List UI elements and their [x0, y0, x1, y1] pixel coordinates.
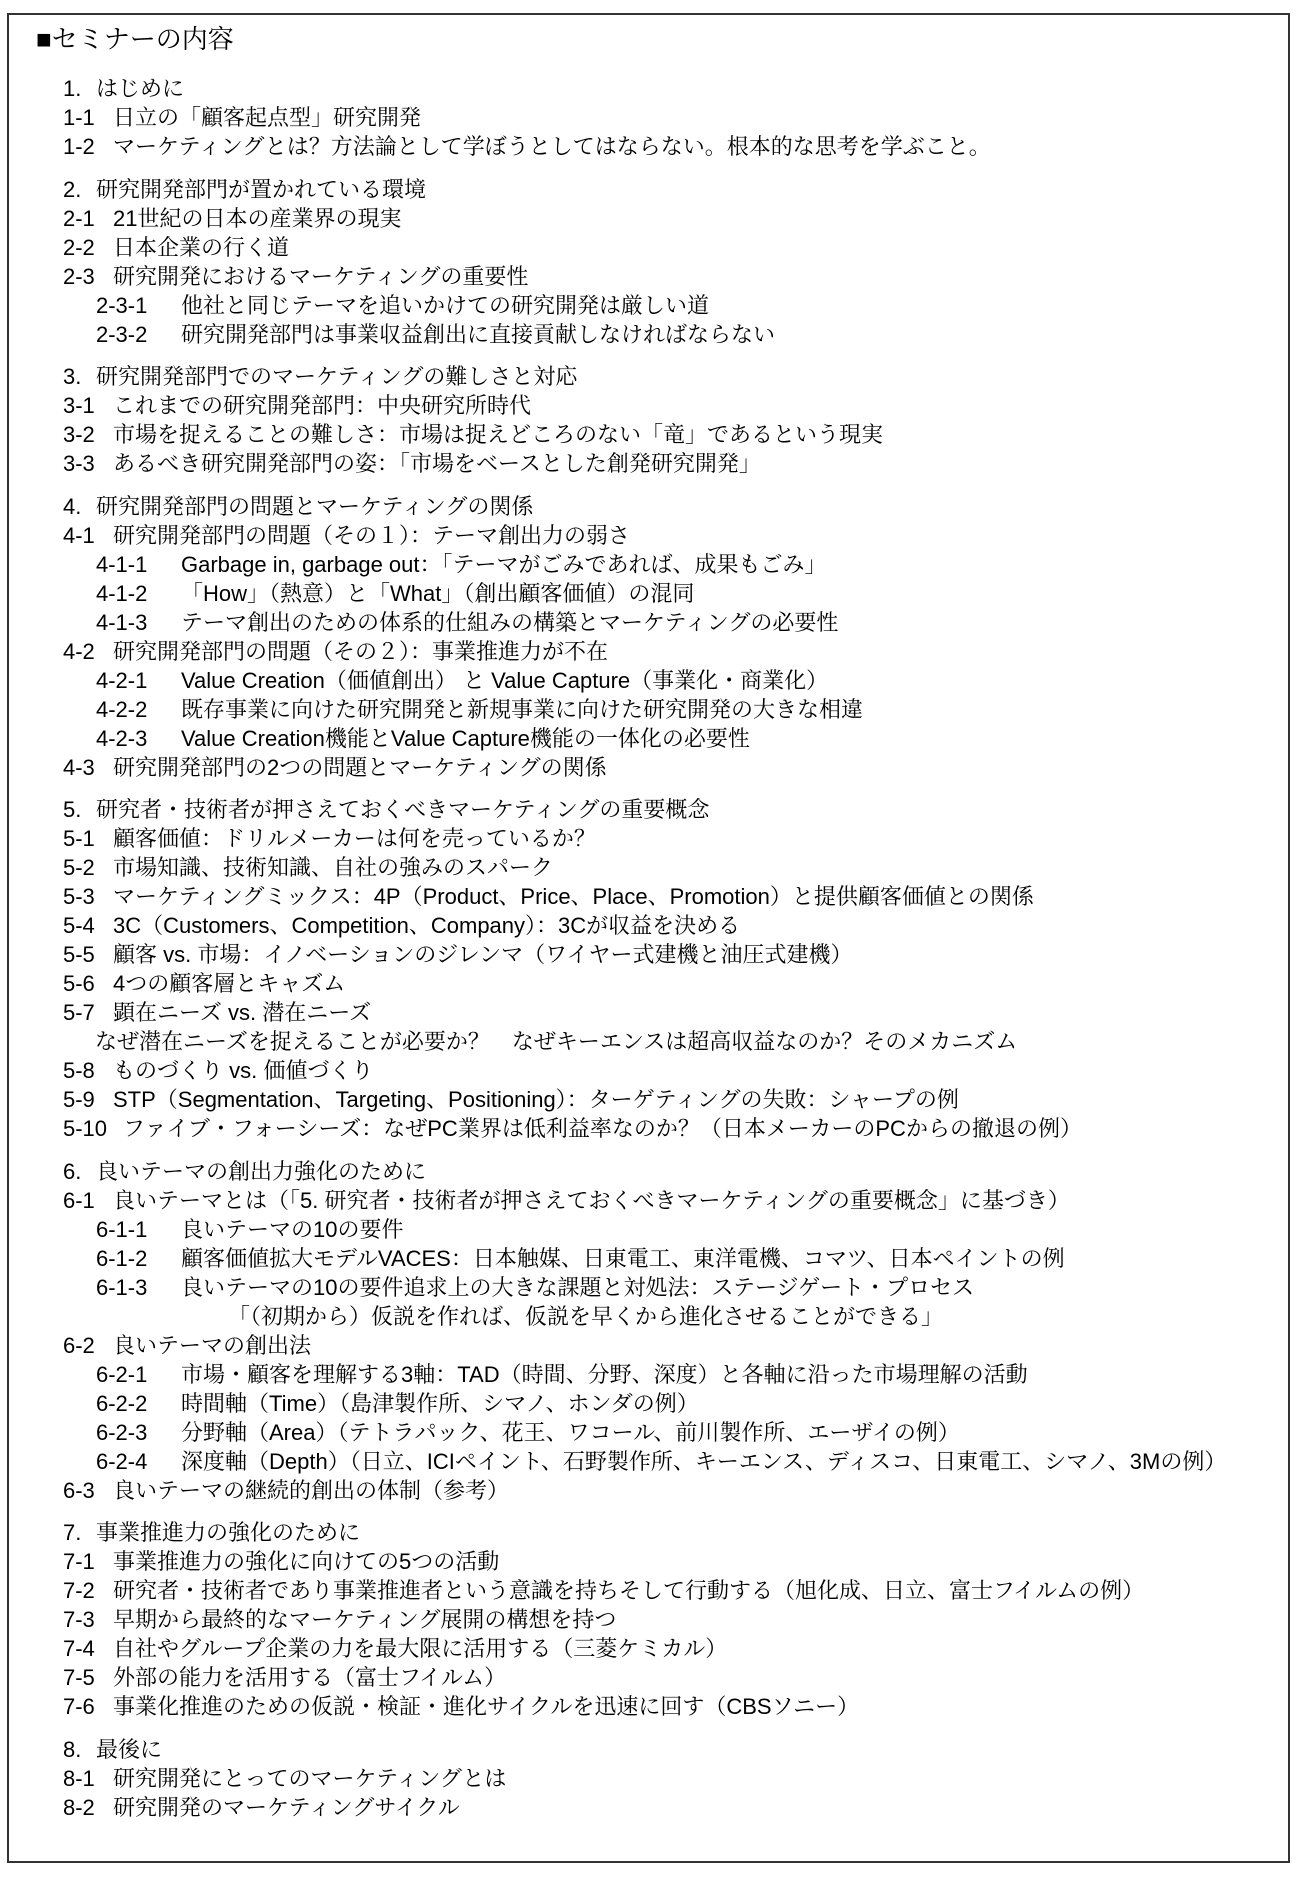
seminar-outline: 1.はじめに 1-1日立の「顧客起点型」研究開発 1-2マーケティングとは？方法… [0, 74, 1300, 1822]
item-text: 日本企業の行く道 [113, 233, 289, 262]
section-number: 2. [63, 175, 81, 204]
outline-subitem: 4-1-3テーマ創出のための体系的仕組みの構築とマーケティングの必要性 [0, 608, 1300, 637]
section-number: 7. [63, 1518, 81, 1547]
item-number: 5-1 [63, 824, 95, 853]
item-number: 5-6 [63, 969, 95, 998]
item-text: 良いテーマの創出法 [113, 1331, 311, 1360]
subitem-number: 6-2-2 [96, 1389, 147, 1418]
section-number: 4. [63, 492, 81, 521]
section-heading: 3.研究開発部門でのマーケティングの難しさと対応 [0, 362, 1300, 391]
section-heading: 5.研究者・技術者が押さえておくべきマーケティングの重要概念 [0, 795, 1300, 824]
outline-subitem: 6-1-1良いテーマの10の要件 [0, 1215, 1300, 1244]
section-heading: 2.研究開発部門が置かれている環境 [0, 175, 1300, 204]
item-number: 1-1 [63, 103, 95, 132]
outline-item: 5-64つの顧客層とキャズム [0, 969, 1300, 998]
outline-subitem: 6-2-4深度軸（Depth）（日立、ICIペイント、石野製作所、キーエンス、デ… [0, 1447, 1300, 1476]
outline-item: 6-3良いテーマの継続的創出の体制（参考） [0, 1476, 1300, 1505]
item-number: 3-2 [63, 420, 95, 449]
outline-item: 5-5顧客 vs. 市場：イノベーションのジレンマ（ワイヤー式建機と油圧式建機） [0, 940, 1300, 969]
outline-item: 7-2研究者・技術者であり事業推進者という意識を持ちそして行動する（旭化成、日立… [0, 1576, 1300, 1605]
subitem-number: 4-2-3 [96, 724, 147, 753]
item-number: 7-3 [63, 1605, 95, 1634]
item-number: 8-1 [63, 1764, 95, 1793]
item-number: 2-2 [63, 233, 95, 262]
outline-item: 3-1これまでの研究開発部門：中央研究所時代 [0, 391, 1300, 420]
section-title: はじめに [96, 74, 184, 103]
outline-subitem: 4-1-2「How」（熱意）と「What」（創出顧客価値）の混同 [0, 579, 1300, 608]
outline-item: 5-1顧客価値：ドリルメーカーは何を売っているか？ [0, 824, 1300, 853]
section-title: 研究開発部門の問題とマーケティングの関係 [96, 492, 533, 521]
subitem-text: 顧客価値拡大モデルVACES：日本触媒、日東電工、東洋電機、コマツ、日本ペイント… [181, 1244, 1065, 1273]
outline-item: 2-121世紀の日本の産業界の現実 [0, 204, 1300, 233]
outline-item: 6-1良いテーマとは（「5. 研究者・技術者が押さえておくべきマーケティングの重… [0, 1186, 1300, 1215]
subitem-number: 6-1-3 [96, 1273, 147, 1302]
subitem-text: 良いテーマの10の要件 [181, 1215, 403, 1244]
item-text: 良いテーマの継続的創出の体制（参考） [113, 1476, 509, 1505]
item-text: 4つの顧客層とキャズム [113, 969, 345, 998]
item-text: 研究開発部門の問題（その１）：テーマ創出力の弱さ [113, 521, 630, 550]
item-number: 5-10 [63, 1114, 107, 1143]
subitem-text: 「How」（熱意）と「What」（創出顧客価値）の混同 [181, 579, 694, 608]
item-text: 市場を捉えることの難しさ：市場は捉えどころのない「竜」であるという現実 [113, 420, 883, 449]
item-text: 事業推進力の強化に向けての5つの活動 [113, 1547, 499, 1576]
page-title: ■セミナーの内容 [36, 25, 234, 53]
outline-item: 7-4自社やグループ企業の力を最大限に活用する（三菱ケミカル） [0, 1634, 1300, 1663]
subitem-text: Garbage in, garbage out：「テーマがごみであれば、成果もご… [181, 550, 827, 579]
outline-item: 7-5外部の能力を活用する（富士フイルム） [0, 1663, 1300, 1692]
subitem-text: 研究開発部門は事業収益創出に直接貢献しなければならない [181, 320, 775, 349]
outline-subitem: 4-2-3Value Creation機能とValue Capture機能の一体… [0, 724, 1300, 753]
section-1: 1.はじめに 1-1日立の「顧客起点型」研究開発 1-2マーケティングとは？方法… [0, 74, 1300, 161]
continuation-text: 「（初期から）仮説を作れば、仮説を早くから進化させることができる」 [228, 1302, 943, 1331]
outline-item: 6-2良いテーマの創出法 [0, 1331, 1300, 1360]
section-heading: 6.良いテーマの創出力強化のために [0, 1157, 1300, 1186]
item-text: 外部の能力を活用する（富士フイルム） [113, 1663, 506, 1692]
outline-item: 7-3早期から最終的なマーケティング展開の構想を持つ [0, 1605, 1300, 1634]
item-continuation: なぜ潜在ニーズを捉えることが必要か？ なぜキーエンスは超高収益なのか？そのメカニ… [0, 1027, 1300, 1056]
item-number: 7-5 [63, 1663, 95, 1692]
subitem-number: 2-3-2 [96, 320, 147, 349]
section-number: 6. [63, 1157, 81, 1186]
outline-item: 3-2市場を捉えることの難しさ：市場は捉えどころのない「竜」であるという現実 [0, 420, 1300, 449]
section-heading: 1.はじめに [0, 74, 1300, 103]
outline-item: 1-2マーケティングとは？方法論として学ぼうとしてはならない。根本的な思考を学ぶ… [0, 132, 1300, 161]
item-text: 21世紀の日本の産業界の現実 [113, 204, 401, 233]
subitem-number: 4-2-1 [96, 666, 147, 695]
subitem-text: 深度軸（Depth）（日立、ICIペイント、石野製作所、キーエンス、ディスコ、日… [181, 1447, 1226, 1476]
item-text: 日立の「顧客起点型」研究開発 [113, 103, 421, 132]
item-text: マーケティングミックス：4P（Product、Price、Place、Promo… [113, 882, 1034, 911]
item-text: STP（Segmentation、Targeting、Positioning）：… [113, 1085, 959, 1114]
outline-item: 5-2市場知識、技術知識、自社の強みのスパーク [0, 853, 1300, 882]
section-6: 6.良いテーマの創出力強化のために 6-1良いテーマとは（「5. 研究者・技術者… [0, 1157, 1300, 1505]
section-3: 3.研究開発部門でのマーケティングの難しさと対応 3-1これまでの研究開発部門：… [0, 362, 1300, 478]
item-number: 6-1 [63, 1186, 95, 1215]
subitem-number: 4-1-1 [96, 550, 147, 579]
item-text: 研究開発のマーケティングサイクル [113, 1793, 460, 1822]
item-number: 1-2 [63, 132, 95, 161]
section-heading: 8.最後に [0, 1735, 1300, 1764]
outline-item: 8-1研究開発にとってのマーケティングとは [0, 1764, 1300, 1793]
subitem-text: 市場・顧客を理解する3軸：TAD（時間、分野、深度）と各軸に沿った市場理解の活動 [181, 1360, 1028, 1389]
item-text: 顧客 vs. 市場：イノベーションのジレンマ（ワイヤー式建機と油圧式建機） [113, 940, 853, 969]
outline-subitem: 4-1-1Garbage in, garbage out：「テーマがごみであれば… [0, 550, 1300, 579]
item-text: 顕在ニーズ vs. 潜在ニーズ [113, 998, 371, 1027]
item-text: 自社やグループ企業の力を最大限に活用する（三菱ケミカル） [113, 1634, 727, 1663]
section-heading: 7.事業推進力の強化のために [0, 1518, 1300, 1547]
subitem-text: Value Creation（価値創出） と Value Capture（事業化… [181, 666, 828, 695]
section-number: 8. [63, 1735, 81, 1764]
item-number: 8-2 [63, 1793, 95, 1822]
item-text: 研究者・技術者であり事業推進者という意識を持ちそして行動する（旭化成、日立、富士… [113, 1576, 1144, 1605]
section-number: 1. [63, 74, 81, 103]
item-text: 良いテーマとは（「5. 研究者・技術者が押さえておくべきマーケティングの重要概念… [113, 1186, 1070, 1215]
continuation-text: なぜ潜在ニーズを捉えることが必要か？ なぜキーエンスは超高収益なのか？そのメカニ… [95, 1027, 1017, 1056]
subitem-text: 分野軸（Area）（テトラパック、花王、ワコール、前川製作所、エーザイの例） [181, 1418, 960, 1447]
item-text: 早期から最終的なマーケティング展開の構想を持つ [113, 1605, 616, 1634]
outline-subitem: 2-3-2研究開発部門は事業収益創出に直接貢献しなければならない [0, 320, 1300, 349]
item-text: これまでの研究開発部門：中央研究所時代 [113, 391, 531, 420]
outline-item: 5-9STP（Segmentation、Targeting、Positionin… [0, 1085, 1300, 1114]
outline-item: 4-1研究開発部門の問題（その１）：テーマ創出力の弱さ [0, 521, 1300, 550]
item-text: 研究開発におけるマーケティングの重要性 [113, 262, 528, 291]
section-7: 7.事業推進力の強化のために 7-1事業推進力の強化に向けての5つの活動 7-2… [0, 1518, 1300, 1721]
subitem-number: 6-2-4 [96, 1447, 147, 1476]
item-number: 2-3 [63, 262, 95, 291]
item-number: 5-4 [63, 911, 95, 940]
outline-subitem: 6-1-2顧客価値拡大モデルVACES：日本触媒、日東電工、東洋電機、コマツ、日… [0, 1244, 1300, 1273]
outline-subitem: 4-2-1Value Creation（価値創出） と Value Captur… [0, 666, 1300, 695]
subitem-text: テーマ創出のための体系的仕組みの構築とマーケティングの必要性 [181, 608, 838, 637]
section-title: 事業推進力の強化のために [96, 1518, 360, 1547]
outline-item: 7-6事業化推進のための仮説・検証・進化サイクルを迅速に回す（CBSソニー） [0, 1692, 1300, 1721]
item-number: 7-2 [63, 1576, 95, 1605]
outline-subitem: 4-2-2既存事業に向けた研究開発と新規事業に向けた研究開発の大きな相違 [0, 695, 1300, 724]
outline-item: 5-10ファイブ・フォーシーズ：なぜPC業界は低利益率なのか？（日本メーカーのP… [0, 1114, 1300, 1143]
outline-item: 8-2研究開発のマーケティングサイクル [0, 1793, 1300, 1822]
item-text: 3C（Customers、Competition、Company）：3Cが収益を… [113, 911, 740, 940]
subitem-number: 6-2-1 [96, 1360, 147, 1389]
subitem-text: 良いテーマの10の要件追求上の大きな課題と対処法：ステージゲート・プロセス [181, 1273, 974, 1302]
subitem-continuation: 「（初期から）仮説を作れば、仮説を早くから進化させることができる」 [0, 1302, 1300, 1331]
item-number: 4-3 [63, 753, 95, 782]
item-number: 5-2 [63, 853, 95, 882]
section-number: 5. [63, 795, 81, 824]
item-text: 研究開発にとってのマーケティングとは [113, 1764, 506, 1793]
subitem-text: 既存事業に向けた研究開発と新規事業に向けた研究開発の大きな相違 [181, 695, 863, 724]
outline-subitem: 6-2-2時間軸（Time）（島津製作所、シマノ、ホンダの例） [0, 1389, 1300, 1418]
item-number: 6-3 [63, 1476, 95, 1505]
section-title: 研究開発部門が置かれている環境 [96, 175, 426, 204]
item-number: 7-4 [63, 1634, 95, 1663]
item-number: 6-2 [63, 1331, 95, 1360]
section-heading: 4.研究開発部門の問題とマーケティングの関係 [0, 492, 1300, 521]
outline-item: 4-2研究開発部門の問題（その２）：事業推進力が不在 [0, 637, 1300, 666]
section-title: 研究者・技術者が押さえておくべきマーケティングの重要概念 [96, 795, 709, 824]
section-5: 5.研究者・技術者が押さえておくべきマーケティングの重要概念 5-1顧客価値：ド… [0, 795, 1300, 1143]
item-number: 3-3 [63, 449, 95, 478]
outline-item: 5-43C（Customers、Competition、Company）：3Cが… [0, 911, 1300, 940]
item-number: 5-3 [63, 882, 95, 911]
outline-subitem: 6-1-3良いテーマの10の要件追求上の大きな課題と対処法：ステージゲート・プロ… [0, 1273, 1300, 1302]
item-text: ファイブ・フォーシーズ：なぜPC業界は低利益率なのか？（日本メーカーのPCからの… [123, 1114, 1082, 1143]
subitem-number: 4-2-2 [96, 695, 147, 724]
item-text: 研究開発部門の問題（その２）：事業推進力が不在 [113, 637, 608, 666]
outline-item: 5-8ものづくり vs. 価値づくり [0, 1056, 1300, 1085]
outline-item: 5-7顕在ニーズ vs. 潜在ニーズ [0, 998, 1300, 1027]
outline-item: 5-3マーケティングミックス：4P（Product、Price、Place、Pr… [0, 882, 1300, 911]
subitem-text: 他社と同じテーマを追いかけての研究開発は厳しい道 [181, 291, 709, 320]
item-number: 5-7 [63, 998, 95, 1027]
item-text: あるべき研究開発部門の姿：「市場をベースとした創発研究開発」 [113, 449, 761, 478]
subitem-text: Value Creation機能とValue Capture機能の一体化の必要性 [181, 724, 750, 753]
subitem-number: 4-1-2 [96, 579, 147, 608]
item-number: 4-2 [63, 637, 95, 666]
subitem-number: 6-2-3 [96, 1418, 147, 1447]
item-text: 市場知識、技術知識、自社の強みのスパーク [113, 853, 553, 882]
item-text: 顧客価値：ドリルメーカーは何を売っているか？ [113, 824, 596, 853]
outline-subitem: 6-2-3分野軸（Area）（テトラパック、花王、ワコール、前川製作所、エーザイ… [0, 1418, 1300, 1447]
outline-subitem: 2-3-1他社と同じテーマを追いかけての研究開発は厳しい道 [0, 291, 1300, 320]
subitem-number: 6-1-2 [96, 1244, 147, 1273]
item-number: 5-9 [63, 1085, 95, 1114]
item-text: ものづくり vs. 価値づくり [113, 1056, 373, 1085]
item-text: マーケティングとは？方法論として学ぼうとしてはならない。根本的な思考を学ぶこと。 [113, 132, 991, 161]
item-number: 5-5 [63, 940, 95, 969]
section-4: 4.研究開発部門の問題とマーケティングの関係 4-1研究開発部門の問題（その１）… [0, 492, 1300, 782]
item-number: 7-1 [63, 1547, 95, 1576]
item-number: 5-8 [63, 1056, 95, 1085]
subitem-number: 2-3-1 [96, 291, 147, 320]
item-number: 4-1 [63, 521, 95, 550]
subitem-text: 時間軸（Time）（島津製作所、シマノ、ホンダの例） [181, 1389, 699, 1418]
outline-item: 4-3研究開発部門の2つの問題とマーケティングの関係 [0, 753, 1300, 782]
section-title: 最後に [96, 1735, 162, 1764]
section-title: 良いテーマの創出力強化のために [96, 1157, 426, 1186]
section-number: 3. [63, 362, 81, 391]
item-number: 7-6 [63, 1692, 95, 1721]
outline-item: 2-3研究開発におけるマーケティングの重要性 [0, 262, 1300, 291]
item-text: 事業化推進のための仮説・検証・進化サイクルを迅速に回す（CBSソニー） [113, 1692, 859, 1721]
section-2: 2.研究開発部門が置かれている環境 2-121世紀の日本の産業界の現実 2-2日… [0, 175, 1300, 349]
outline-item: 2-2日本企業の行く道 [0, 233, 1300, 262]
section-8: 8.最後に 8-1研究開発にとってのマーケティングとは 8-2研究開発のマーケテ… [0, 1735, 1300, 1822]
outline-item: 3-3あるべき研究開発部門の姿：「市場をベースとした創発研究開発」 [0, 449, 1300, 478]
item-text: 研究開発部門の2つの問題とマーケティングの関係 [113, 753, 607, 782]
subitem-number: 4-1-3 [96, 608, 147, 637]
item-number: 3-1 [63, 391, 95, 420]
subitem-number: 6-1-1 [96, 1215, 147, 1244]
outline-subitem: 6-2-1市場・顧客を理解する3軸：TAD（時間、分野、深度）と各軸に沿った市場… [0, 1360, 1300, 1389]
outline-item: 7-1事業推進力の強化に向けての5つの活動 [0, 1547, 1300, 1576]
outline-item: 1-1日立の「顧客起点型」研究開発 [0, 103, 1300, 132]
section-title: 研究開発部門でのマーケティングの難しさと対応 [96, 362, 577, 391]
item-number: 2-1 [63, 204, 95, 233]
